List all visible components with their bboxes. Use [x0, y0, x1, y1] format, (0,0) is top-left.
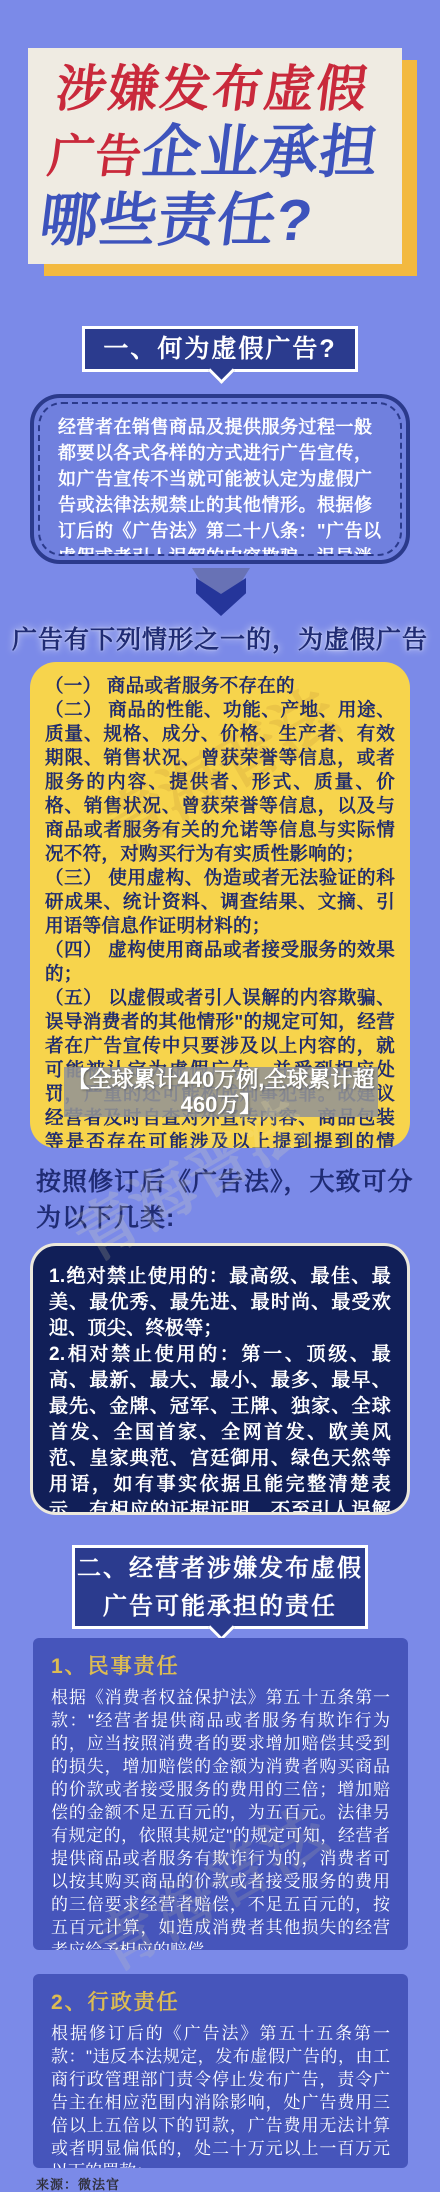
- title-red-text: 涉嫌发布虚假: [53, 61, 372, 117]
- admin-liability-body: 根据修订后的《广告法》第五十五条第一款："违反本法规定，发布虚假广告的，由工商行…: [51, 2022, 390, 2168]
- classification-heading: 按照修订后《广告法》，大致可分为以下几类:: [36, 1164, 416, 1236]
- subtitle-line-2: 460万】: [64, 1092, 378, 1117]
- source-credit: 来源：微法官: [36, 2174, 120, 2192]
- subtitle-line-1: 【全球累计440万例,全球累计超: [64, 1067, 378, 1092]
- title-line-2: 广告企业承担: [44, 119, 392, 187]
- intro-box: 经营者在销售商品及提供服务过程一般都要以各式各样的方式进行广告宣传，如广告宣传不…: [30, 394, 410, 564]
- title-blue-text-2: 哪些责任?: [36, 188, 316, 253]
- title-blue-text: 企业承担: [139, 120, 383, 185]
- forbidden-item: 1.绝对禁止使用的：最高级、最佳、最美、最优秀、最先进、最时尚、最受欢迎、顶尖、…: [49, 1264, 391, 1342]
- condition-item: （一） 商品或者服务不存在的: [45, 674, 395, 698]
- forbidden-words-box: 1.绝对禁止使用的：最高级、最佳、最美、最优秀、最先进、最时尚、最受欢迎、顶尖、…: [30, 1243, 410, 1515]
- title-line-1: 涉嫌发布虚假: [53, 60, 400, 119]
- video-subtitle-overlay: 【全球累计440万例,全球累计超 460万】: [64, 1067, 378, 1117]
- section2-header-line1: 二、经营者涉嫌发布虚假: [75, 1550, 365, 1588]
- condition-item: （三） 使用虚构、伪造或者无法验证的科研成果、统计资料、调查结果、文摘、引用语等…: [45, 866, 395, 938]
- admin-liability-panel: 2、行政责任 根据修订后的《广告法》第五十五条第一款："违反本法规定，发布虚假广…: [33, 1974, 408, 2168]
- title-line-3: 哪些责任?: [36, 187, 384, 255]
- section1-header: 一、何为虚假广告?: [82, 326, 358, 372]
- page-title: 涉嫌发布虚假 广告企业承担 哪些责任?: [36, 60, 400, 256]
- section2-header: 二、经营者涉嫌发布虚假 广告可能承担的责任: [72, 1545, 368, 1629]
- false-ad-banner: 广告有下列情形之一的，为虚假广告: [0, 620, 440, 656]
- title-red-text-2: 广告: [45, 130, 145, 182]
- civil-liability-title: 1、民事责任: [51, 1650, 390, 1680]
- intro-text: 经营者在销售商品及提供服务过程一般都要以各式各样的方式进行广告宣传，如广告宣传不…: [38, 402, 402, 556]
- condition-item: （二） 商品的性能、功能、产地、用途、质量、规格、成分、价格、生产者、有效期限、…: [45, 698, 395, 866]
- infographic-page: 涉嫌发布虚假 广告企业承担 哪些责任? 一、何为虚假广告? 经营者在销售商品及提…: [0, 0, 440, 2192]
- admin-liability-title: 2、行政责任: [51, 1986, 390, 2016]
- civil-liability-panel: 1、民事责任 根据《消费者权益保护法》第五十五条第一款："经营者提供商品或者服务…: [33, 1638, 408, 1950]
- condition-item: （四） 虚构使用商品或者接受服务的效果的；: [45, 938, 395, 986]
- forbidden-item: 2.相对禁止使用的：第一、顶级、最高、最新、最大、最小、最多、最早、最先、金牌、…: [49, 1342, 391, 1515]
- civil-liability-body: 根据《消费者权益保护法》第五十五条第一款："经营者提供商品或者服务有欺诈行为的，…: [51, 1686, 390, 1950]
- title-card: 涉嫌发布虚假 广告企业承担 哪些责任?: [28, 48, 402, 264]
